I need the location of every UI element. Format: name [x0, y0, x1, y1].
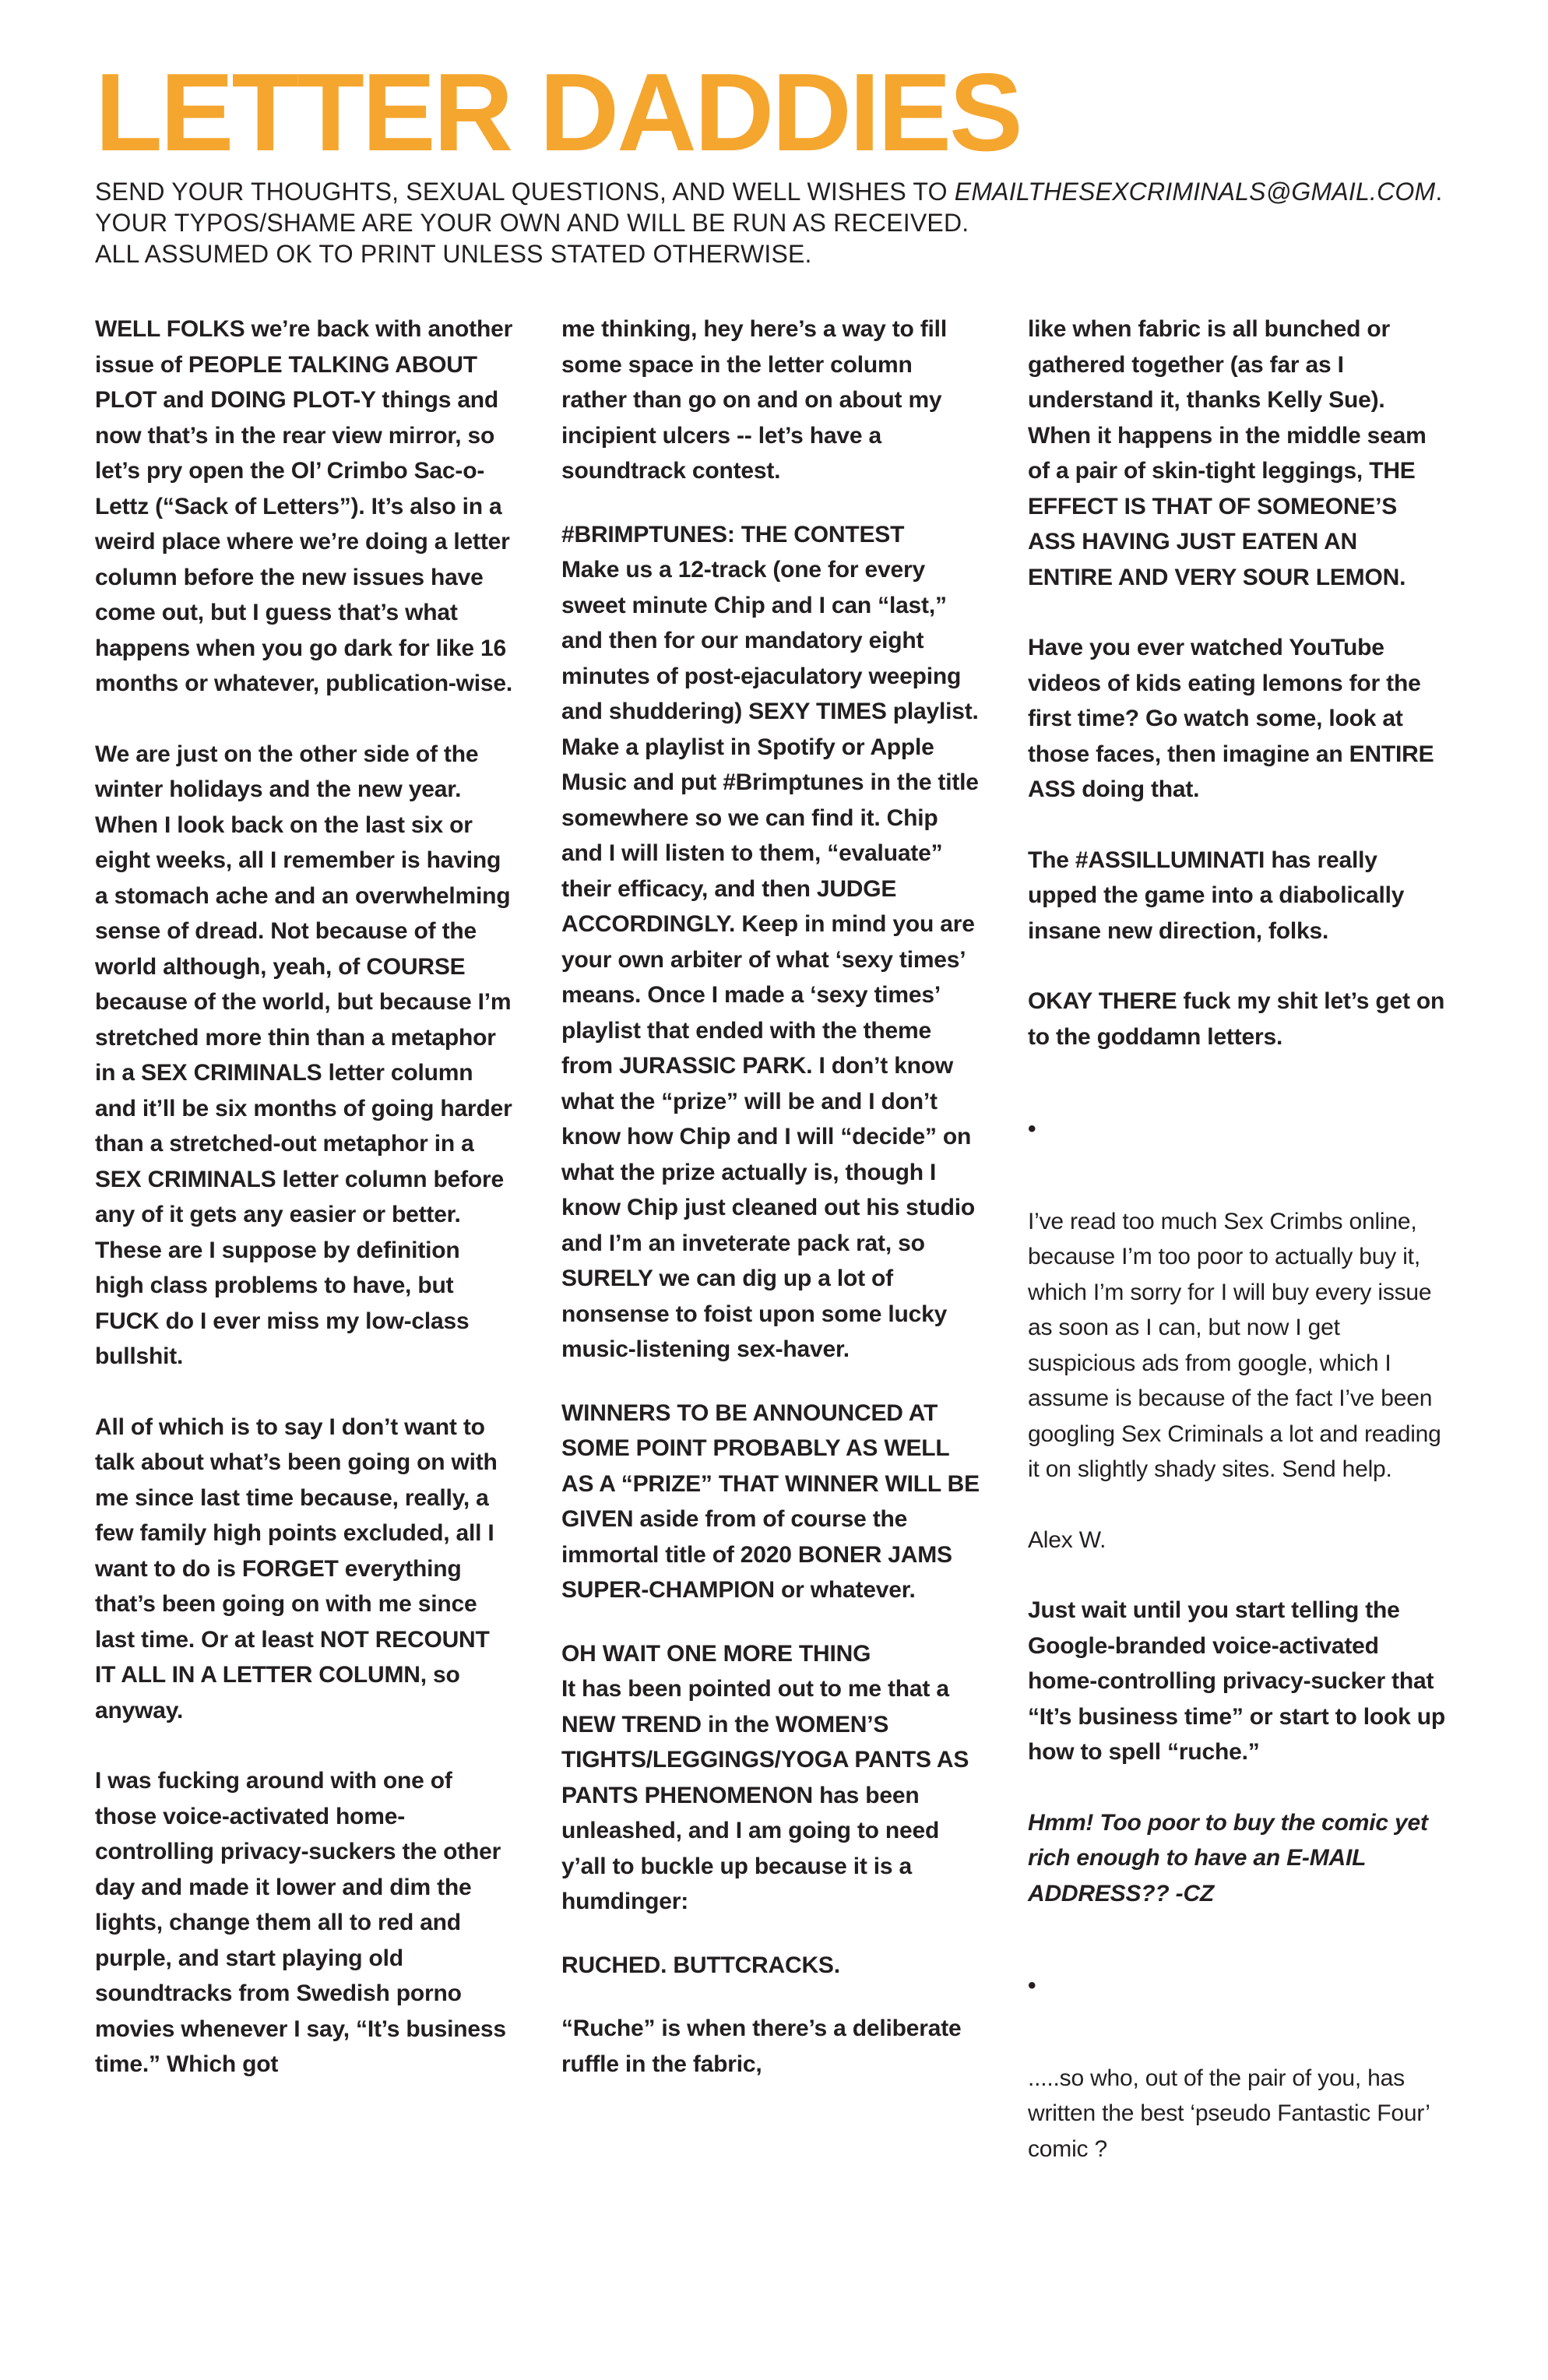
contest-heading: #BRIMPTUNES: THE CONTEST	[561, 517, 1001, 553]
contest-rules-paragraph: Make us a 12-track (one for every sweet …	[561, 552, 1001, 1368]
editorial-paragraph: It has been pointed out to me that a NEW…	[561, 1671, 1001, 1920]
letters-columns: WELL FOLKS we’re back with another issue…	[95, 312, 1473, 2202]
contest-winners-paragraph: WINNERS TO BE ANNOUNCED AT SOME POINT PR…	[561, 1396, 1001, 1608]
column-1: WELL FOLKS we’re back with another issue…	[95, 312, 535, 2202]
bullet-separator: •	[1028, 1968, 1468, 2004]
intro-line-3: ALL ASSUMED OK TO PRINT UNLESS STATED OT…	[95, 238, 1473, 269]
editorial-paragraph: WELL FOLKS we’re back with another issue…	[95, 312, 535, 702]
editorial-paragraph: me thinking, hey here’s a way to fill so…	[561, 312, 1001, 489]
editorial-paragraph: The #ASSILLUMINATI has really upped the …	[1028, 843, 1468, 949]
column-3: like when fabric is all bunched or gathe…	[1028, 312, 1468, 2202]
letter-signature: Alex W.	[1028, 1523, 1468, 1558]
editorial-paragraph: We are just on the other side of the win…	[95, 737, 535, 1375]
one-more-thing-heading: OH WAIT ONE MORE THING	[561, 1636, 1001, 1672]
intro-line-1-text: SEND YOUR THOUGHTS, SEXUAL QUESTIONS, AN…	[95, 178, 955, 206]
editorial-paragraph: “Ruche” is when there’s a deliberate ruf…	[561, 2011, 1001, 2082]
editor-reply: Just wait until you start telling the Go…	[1028, 1593, 1468, 1770]
editorial-paragraph: like when fabric is all bunched or gathe…	[1028, 312, 1468, 595]
editorial-paragraph: OKAY THERE fuck my shit let’s get on to …	[1028, 984, 1468, 1054]
submission-instructions: SEND YOUR THOUGHTS, SEXUAL QUESTIONS, AN…	[95, 176, 1473, 269]
editorial-paragraph: I was fucking around with one of those v…	[95, 1763, 535, 2082]
letters-page: LETTER DADDIES SEND YOUR THOUGHTS, SEXUA…	[0, 0, 1548, 2380]
ruched-buttcracks-line: RUCHED. BUTTCRACKS.	[561, 1948, 1001, 1984]
editor-reply-signature: Hmm! Too poor to buy the comic yet rich …	[1028, 1805, 1468, 1912]
editorial-paragraph: All of which is to say I don’t want to t…	[95, 1410, 535, 1729]
submission-email: EMAILTHESEXCRIMINALS@GMAIL.COM	[955, 178, 1436, 206]
page-title: LETTER DADDIES	[95, 58, 1473, 168]
intro-line-1-period: .	[1435, 178, 1442, 206]
intro-line-2: YOUR TYPOS/SHAME ARE YOUR OWN AND WILL B…	[95, 207, 1473, 238]
editorial-paragraph: Have you ever watched YouTube videos of …	[1028, 630, 1468, 808]
reader-letter: I’ve read too much Sex Crimbs online, be…	[1028, 1204, 1468, 1487]
column-2: me thinking, hey here’s a way to fill so…	[561, 312, 1001, 2202]
reader-letter: .....so who, out of the pair of you, has…	[1028, 2061, 1468, 2167]
intro-line-1: SEND YOUR THOUGHTS, SEXUAL QUESTIONS, AN…	[95, 176, 1473, 207]
bullet-separator: •	[1028, 1111, 1468, 1147]
